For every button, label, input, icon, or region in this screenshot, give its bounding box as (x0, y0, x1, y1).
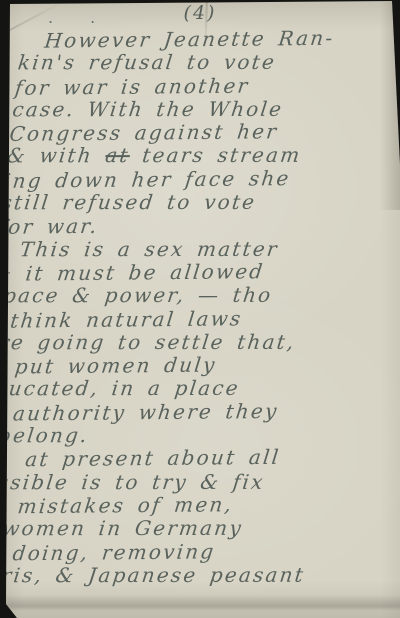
text-line: are doing, removing (0, 539, 336, 566)
text-segment: & with (6, 144, 107, 168)
text-line: of authority where they (0, 399, 352, 426)
letter-page: . . (4) However Jeanette Ran-kin's refus… (0, 0, 400, 618)
text-segment: I think natural laws (0, 306, 244, 332)
text-line: case. With the Whole (11, 98, 388, 122)
text-line: ing down her face she (3, 166, 380, 193)
text-segment: as women in Germany (0, 516, 244, 540)
text-segment: educated, in a place (0, 376, 241, 400)
text-line: kin's refusal to vote (17, 51, 394, 75)
handwritten-lines: However Jeanette Ran-kin's refusal to vo… (0, 27, 396, 588)
text-line: still refused to vote (0, 191, 377, 215)
text-segment: tears stream (128, 143, 302, 167)
text-segment: at present about all (24, 445, 282, 471)
text-segment: are going to settle that, (0, 330, 297, 355)
paper-fold-shadow (0, 595, 400, 611)
text-segment: of authority where they (0, 399, 280, 426)
text-segment: the mistakes of men, (0, 492, 235, 519)
text-line: & with at tears stream (6, 144, 383, 168)
text-line: for war. (0, 213, 374, 240)
text-segment: space & power, — tho (0, 283, 274, 307)
text-segment: ing down her face she (3, 166, 292, 193)
text-line: at present about all (0, 446, 347, 473)
text-line: debris, & Japanese peasant (0, 564, 333, 588)
text-line: belong. (0, 424, 350, 448)
text-segment: This is a sex matter (19, 237, 281, 261)
text-segment: still refused to vote (0, 190, 258, 214)
text-segment: for war is another (14, 73, 251, 99)
text-line: space & power, — tho (0, 284, 366, 308)
text-segment: debris, & Japanese peasant (0, 563, 307, 588)
text-segment: possible is to try & fix (0, 469, 266, 494)
text-line: as women in Germany (0, 517, 339, 541)
text-line: are going to settle that, (0, 331, 361, 355)
text-segment: kin's refusal to vote (17, 50, 278, 74)
text-line: possible is to try & fix (0, 470, 344, 494)
page-number: (4) (0, 2, 400, 24)
text-segment: & it must be allowed (0, 259, 266, 286)
struck-out-word: at (104, 144, 131, 168)
text-segment: case. With the Whole (11, 97, 285, 121)
text-line: I think natural laws (0, 306, 363, 333)
letter-photo: . . (4) However Jeanette Ran-kin's refus… (0, 0, 400, 618)
text-line: educated, in a place (0, 377, 355, 401)
text-line: This is a sex matter (0, 237, 372, 261)
text-segment: However Jeanette Ran- (43, 26, 336, 53)
text-segment: are doing, removing (0, 539, 217, 565)
text-segment: for war. (0, 214, 100, 239)
text-segment: belong. (0, 423, 90, 447)
text-line: for war is another (14, 73, 391, 100)
